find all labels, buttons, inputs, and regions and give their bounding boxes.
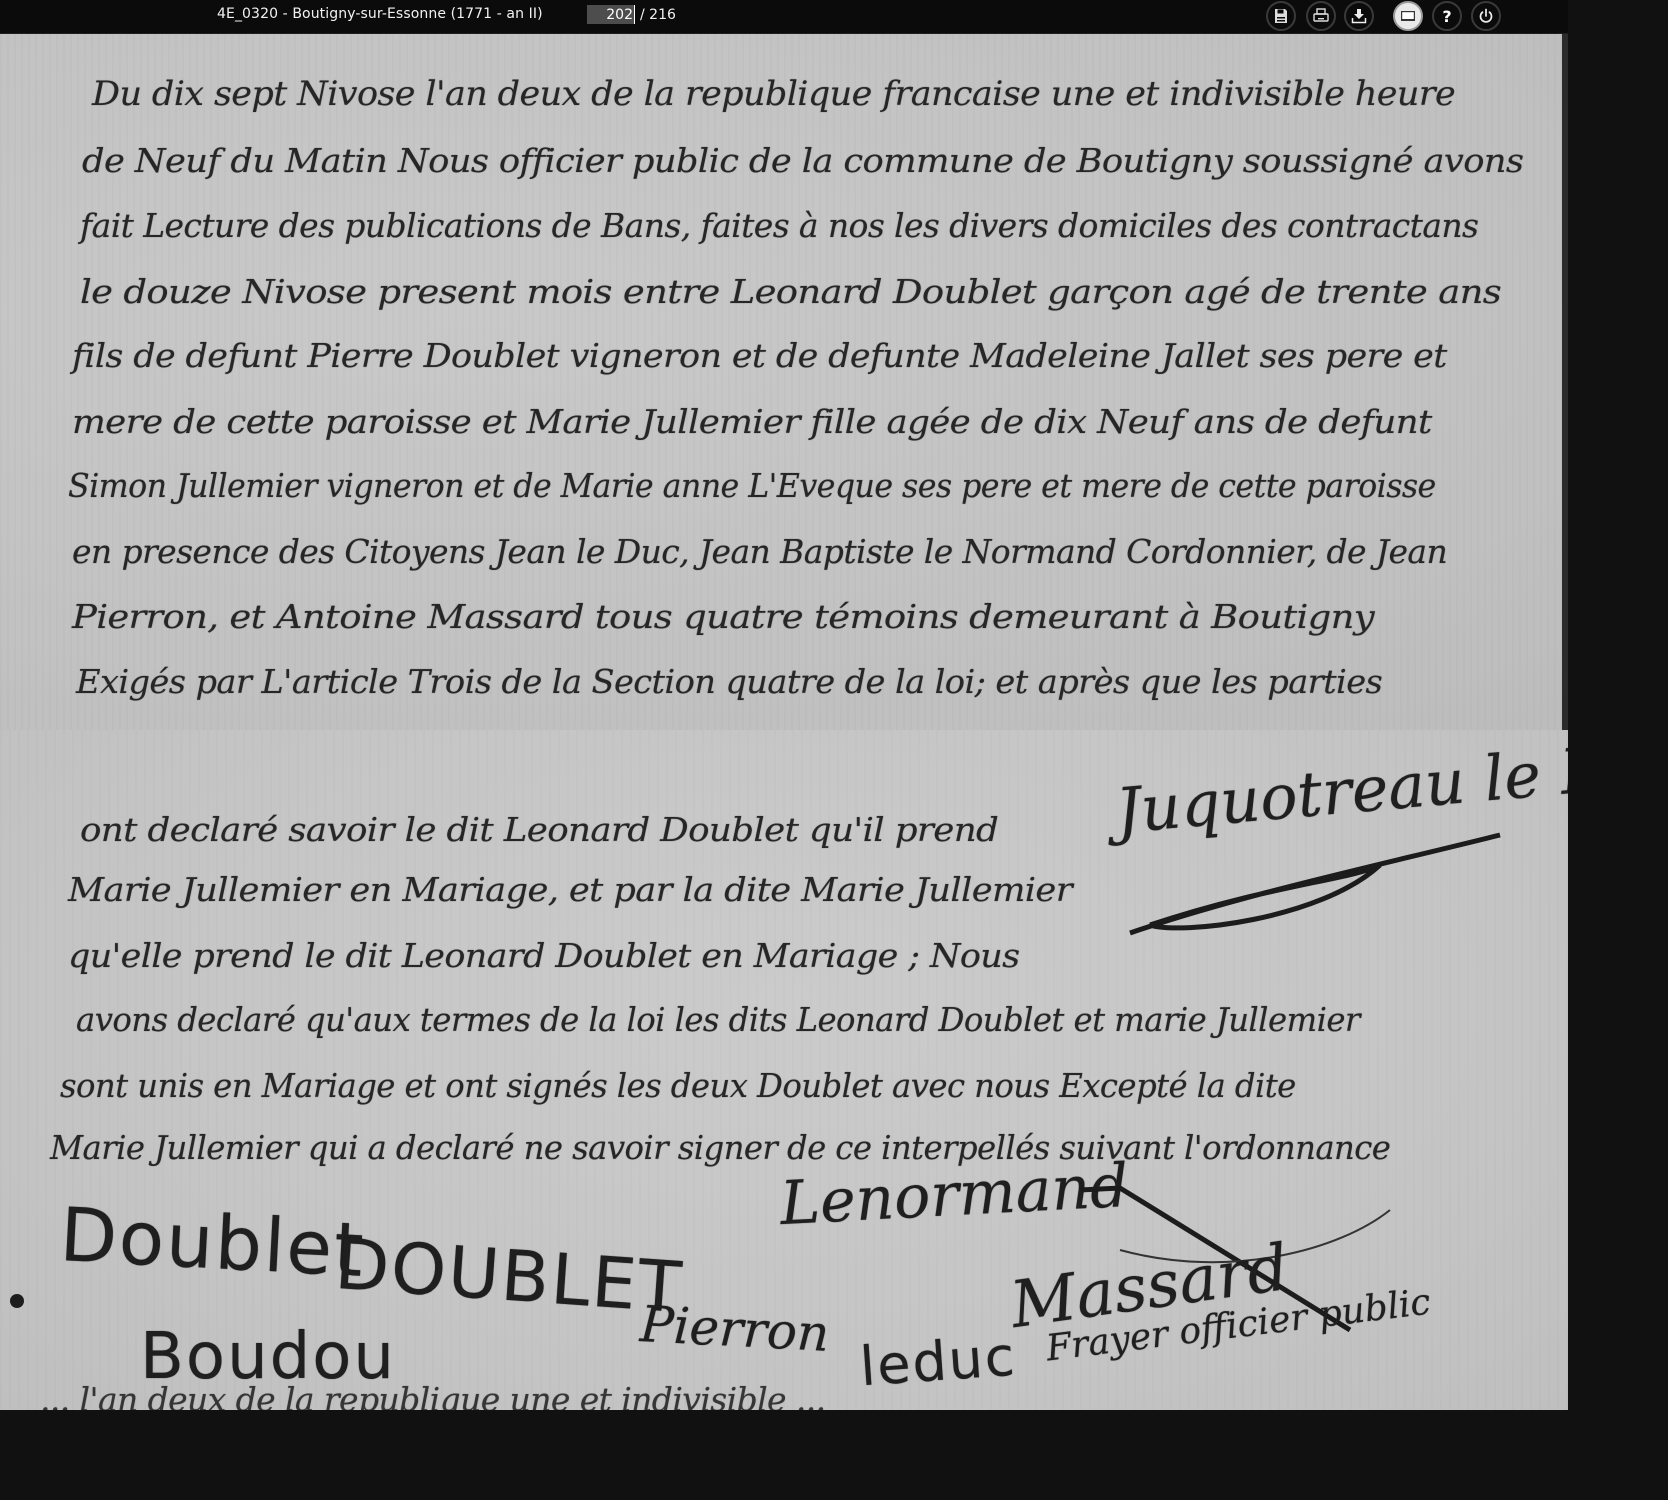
text-line: fils de defunt Pierre Doublet vigneron e… (72, 336, 1447, 375)
text-line: qu'elle prend le dit Leonard Doublet en … (68, 936, 1019, 975)
page-image-bottom: ont declaré savoir le dit Leonard Double… (0, 730, 1568, 1410)
text-line: avons declaré qu'aux termes de la loi le… (76, 1000, 1360, 1039)
text-line: Du dix sept Nivose l'an deux de la repub… (92, 74, 1455, 114)
signature-flourish (1120, 825, 1520, 945)
text-line: le douze Nivose present mois entre Leona… (80, 272, 1501, 311)
text-line: Marie Jullemier qui a declaré ne savoir … (50, 1128, 1390, 1167)
page-image-top: Du dix sept Nivose l'an deux de la repub… (0, 34, 1562, 730)
text-line: Simon Jullemier vigneron et de Marie ann… (68, 466, 1436, 505)
download-icon (1351, 8, 1367, 24)
signature: Doublet (58, 1192, 367, 1294)
screen-icon (1400, 8, 1416, 24)
text-line: Pierron, et Antoine Massard tous quatre … (72, 597, 1374, 636)
printer-icon (1313, 8, 1329, 24)
signature: Pierron (639, 1295, 831, 1363)
text-line: Marie Jullemier en Mariage, et par la di… (68, 870, 1072, 909)
fullscreen-button[interactable] (1393, 1, 1423, 31)
text-line: fait Lecture des publications de Bans, f… (80, 206, 1478, 245)
current-page-input[interactable] (587, 5, 635, 24)
signature: DOUBLET (333, 1223, 686, 1329)
print-button[interactable] (1306, 1, 1336, 31)
viewer-toolbar: 4E_0320 - Boutigny-sur-Essonne (1771 - a… (0, 0, 1568, 34)
text-line: sont unis en Mariage et ont signés les d… (60, 1066, 1296, 1105)
save-button[interactable] (1266, 1, 1296, 31)
power-button[interactable] (1471, 1, 1501, 31)
page-navigator: / 216 (587, 5, 676, 24)
page-separator: / 216 (640, 7, 676, 23)
download-button[interactable] (1344, 1, 1374, 31)
help-button[interactable]: ? (1432, 1, 1462, 31)
ink-blot (10, 1294, 24, 1308)
text-line: Exigés par L'article Trois de la Section… (76, 662, 1382, 701)
question-icon: ? (1442, 7, 1451, 26)
text-line-cutoff: ... l'an deux de la republique une et in… (40, 1380, 826, 1410)
text-line: mere de cette paroisse et Marie Jullemie… (72, 402, 1432, 441)
total-pages: 216 (649, 7, 676, 23)
document-viewer[interactable]: Du dix sept Nivose l'an deux de la repub… (0, 34, 1568, 1410)
text-line: en presence des Citoyens Jean le Duc, Je… (72, 532, 1447, 571)
page-edge (1562, 34, 1568, 730)
text-line: ont declaré savoir le dit Leonard Double… (80, 810, 998, 849)
text-line: de Neuf du Matin Nous officier public de… (82, 141, 1523, 180)
document-title: 4E_0320 - Boutigny-sur-Essonne (1771 - a… (217, 6, 543, 22)
power-icon (1478, 8, 1494, 24)
floppy-disk-icon (1273, 8, 1289, 24)
signature: leduc (858, 1325, 1018, 1399)
